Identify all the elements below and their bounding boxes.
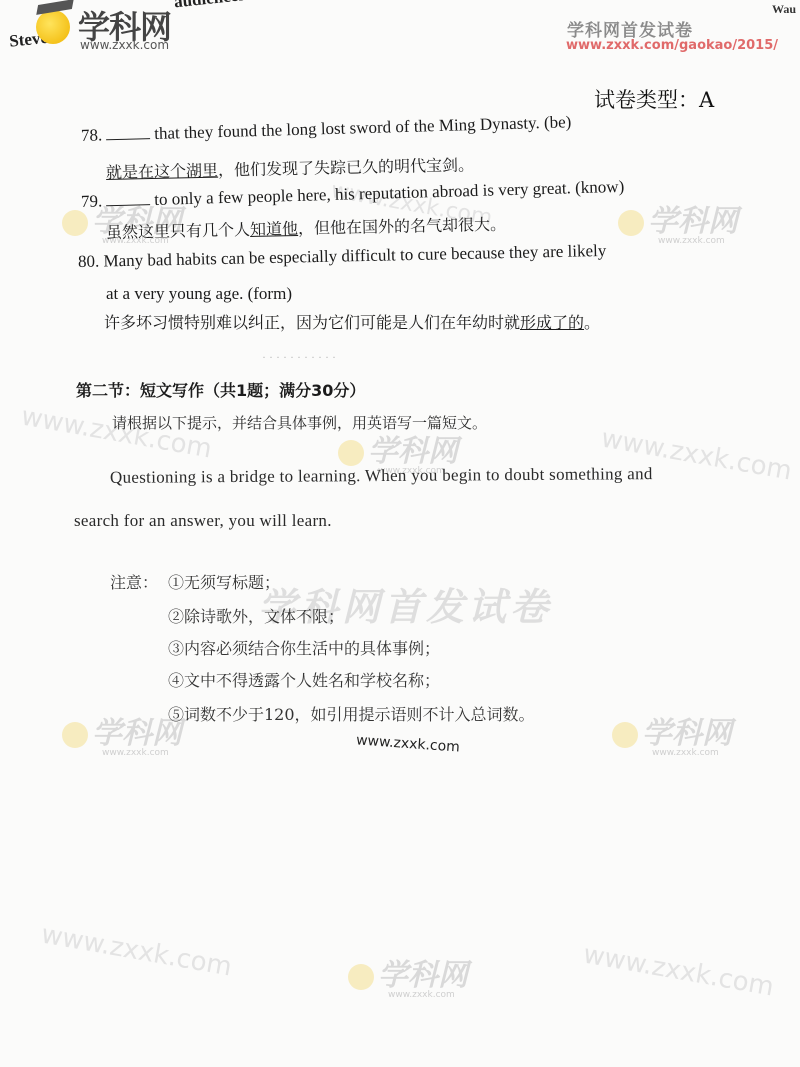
watermark-url: www.zxxk.com — [581, 939, 776, 1002]
answer-blank[interactable] — [106, 124, 150, 140]
mascot-icon — [348, 964, 374, 990]
question-78: 78.that they found the long lost sword o… — [81, 112, 572, 146]
watermark-logo: 学科网 www.zxxk.com — [62, 708, 182, 758]
watermark-logo: 学科网 www.zxxk.com — [348, 950, 468, 1000]
watermark-logo-text: 学科网 — [642, 716, 732, 751]
underlined-phrase: 形成了的 — [520, 313, 584, 332]
scan-bleed-through: · · · · · · · · · · · — [262, 350, 336, 365]
watermark-logo: 学科网 www.zxxk.com — [618, 196, 738, 246]
mascot-icon — [62, 722, 88, 748]
note-item-2: ②除诗歌外，文体不限； — [168, 604, 344, 627]
paper-type: 试卷类型：A — [594, 84, 714, 114]
question-number: 78. — [81, 125, 103, 145]
section-instruction: 请根据以下提示，并结合具体事例，用英语写一篇短文。 — [112, 412, 487, 433]
zxxk-logo: 学科网 www.zxxk.com — [36, 0, 186, 56]
watermark-logo-text: 学科网 — [378, 958, 468, 993]
site-url-link[interactable]: www.zxxk.com/gaokao/2015/ — [566, 38, 778, 53]
question-78-chinese: 就是在这个湖里，他们发现了失踪已久的明代宝剑。 — [106, 152, 474, 183]
underlined-phrase: 知道他 — [250, 219, 298, 239]
question-number: 80. — [78, 252, 100, 271]
watermark-logo: 学科网 www.zxxk.com — [612, 708, 732, 758]
note-item-4: ④文中不得透露个人姓名和学校名称； — [168, 668, 440, 691]
note-item-3: ③内容必须结合你生活中的具体事例； — [168, 636, 440, 659]
watermark-logo-text: 学科网 — [648, 204, 738, 239]
section-title: 第二节：短文写作（共1题；满分30分） — [76, 378, 365, 401]
watermark-url: www.zxxk.com — [39, 919, 234, 982]
question-number: 79. — [81, 191, 103, 211]
mascot-icon — [618, 210, 644, 236]
chinese-pre: 虽然这里只有几个人 — [106, 220, 250, 242]
answer-blank[interactable] — [106, 190, 150, 206]
writing-prompt-line2: search for an answer, you will learn. — [74, 511, 332, 531]
mascot-icon — [62, 210, 88, 236]
center-url: www.zxxk.com — [356, 732, 461, 755]
chinese-rest: 。 — [584, 313, 600, 332]
note-item-5: ⑤词数不少于120，如引用提示语则不计入总词数。 — [168, 702, 535, 725]
mascot-icon — [612, 722, 638, 748]
underlined-phrase: 就是在这个湖里 — [106, 161, 218, 182]
watermark-url: www.zxxk.com — [19, 401, 214, 464]
watermark-logo-text: 学科网 — [368, 434, 458, 469]
corner-fragment: Wau — [772, 2, 796, 17]
logo-url: www.zxxk.com — [80, 38, 169, 52]
chinese-rest: ，他们发现了失踪已久的明代宝剑。 — [218, 155, 474, 179]
note-item-1: ①无须写标题； — [168, 570, 280, 593]
chinese-rest: ，但他在国外的名气却很大。 — [298, 215, 506, 238]
question-80-line2: at a very young age. (form) — [106, 284, 292, 304]
question-english: that they found the long lost sword of t… — [154, 112, 572, 143]
mascot-icon — [338, 440, 364, 466]
mascot-icon — [36, 10, 70, 44]
chinese-pre: 许多坏习惯特别难以纠正，因为它们可能是人们在年幼时就 — [104, 313, 520, 332]
question-80-chinese: 许多坏习惯特别难以纠正，因为它们可能是人们在年幼时就形成了的。 — [104, 310, 600, 333]
notes-label: 注意： — [110, 570, 158, 593]
writing-prompt-line1: Questioning is a bridge to learning. Whe… — [110, 464, 653, 488]
